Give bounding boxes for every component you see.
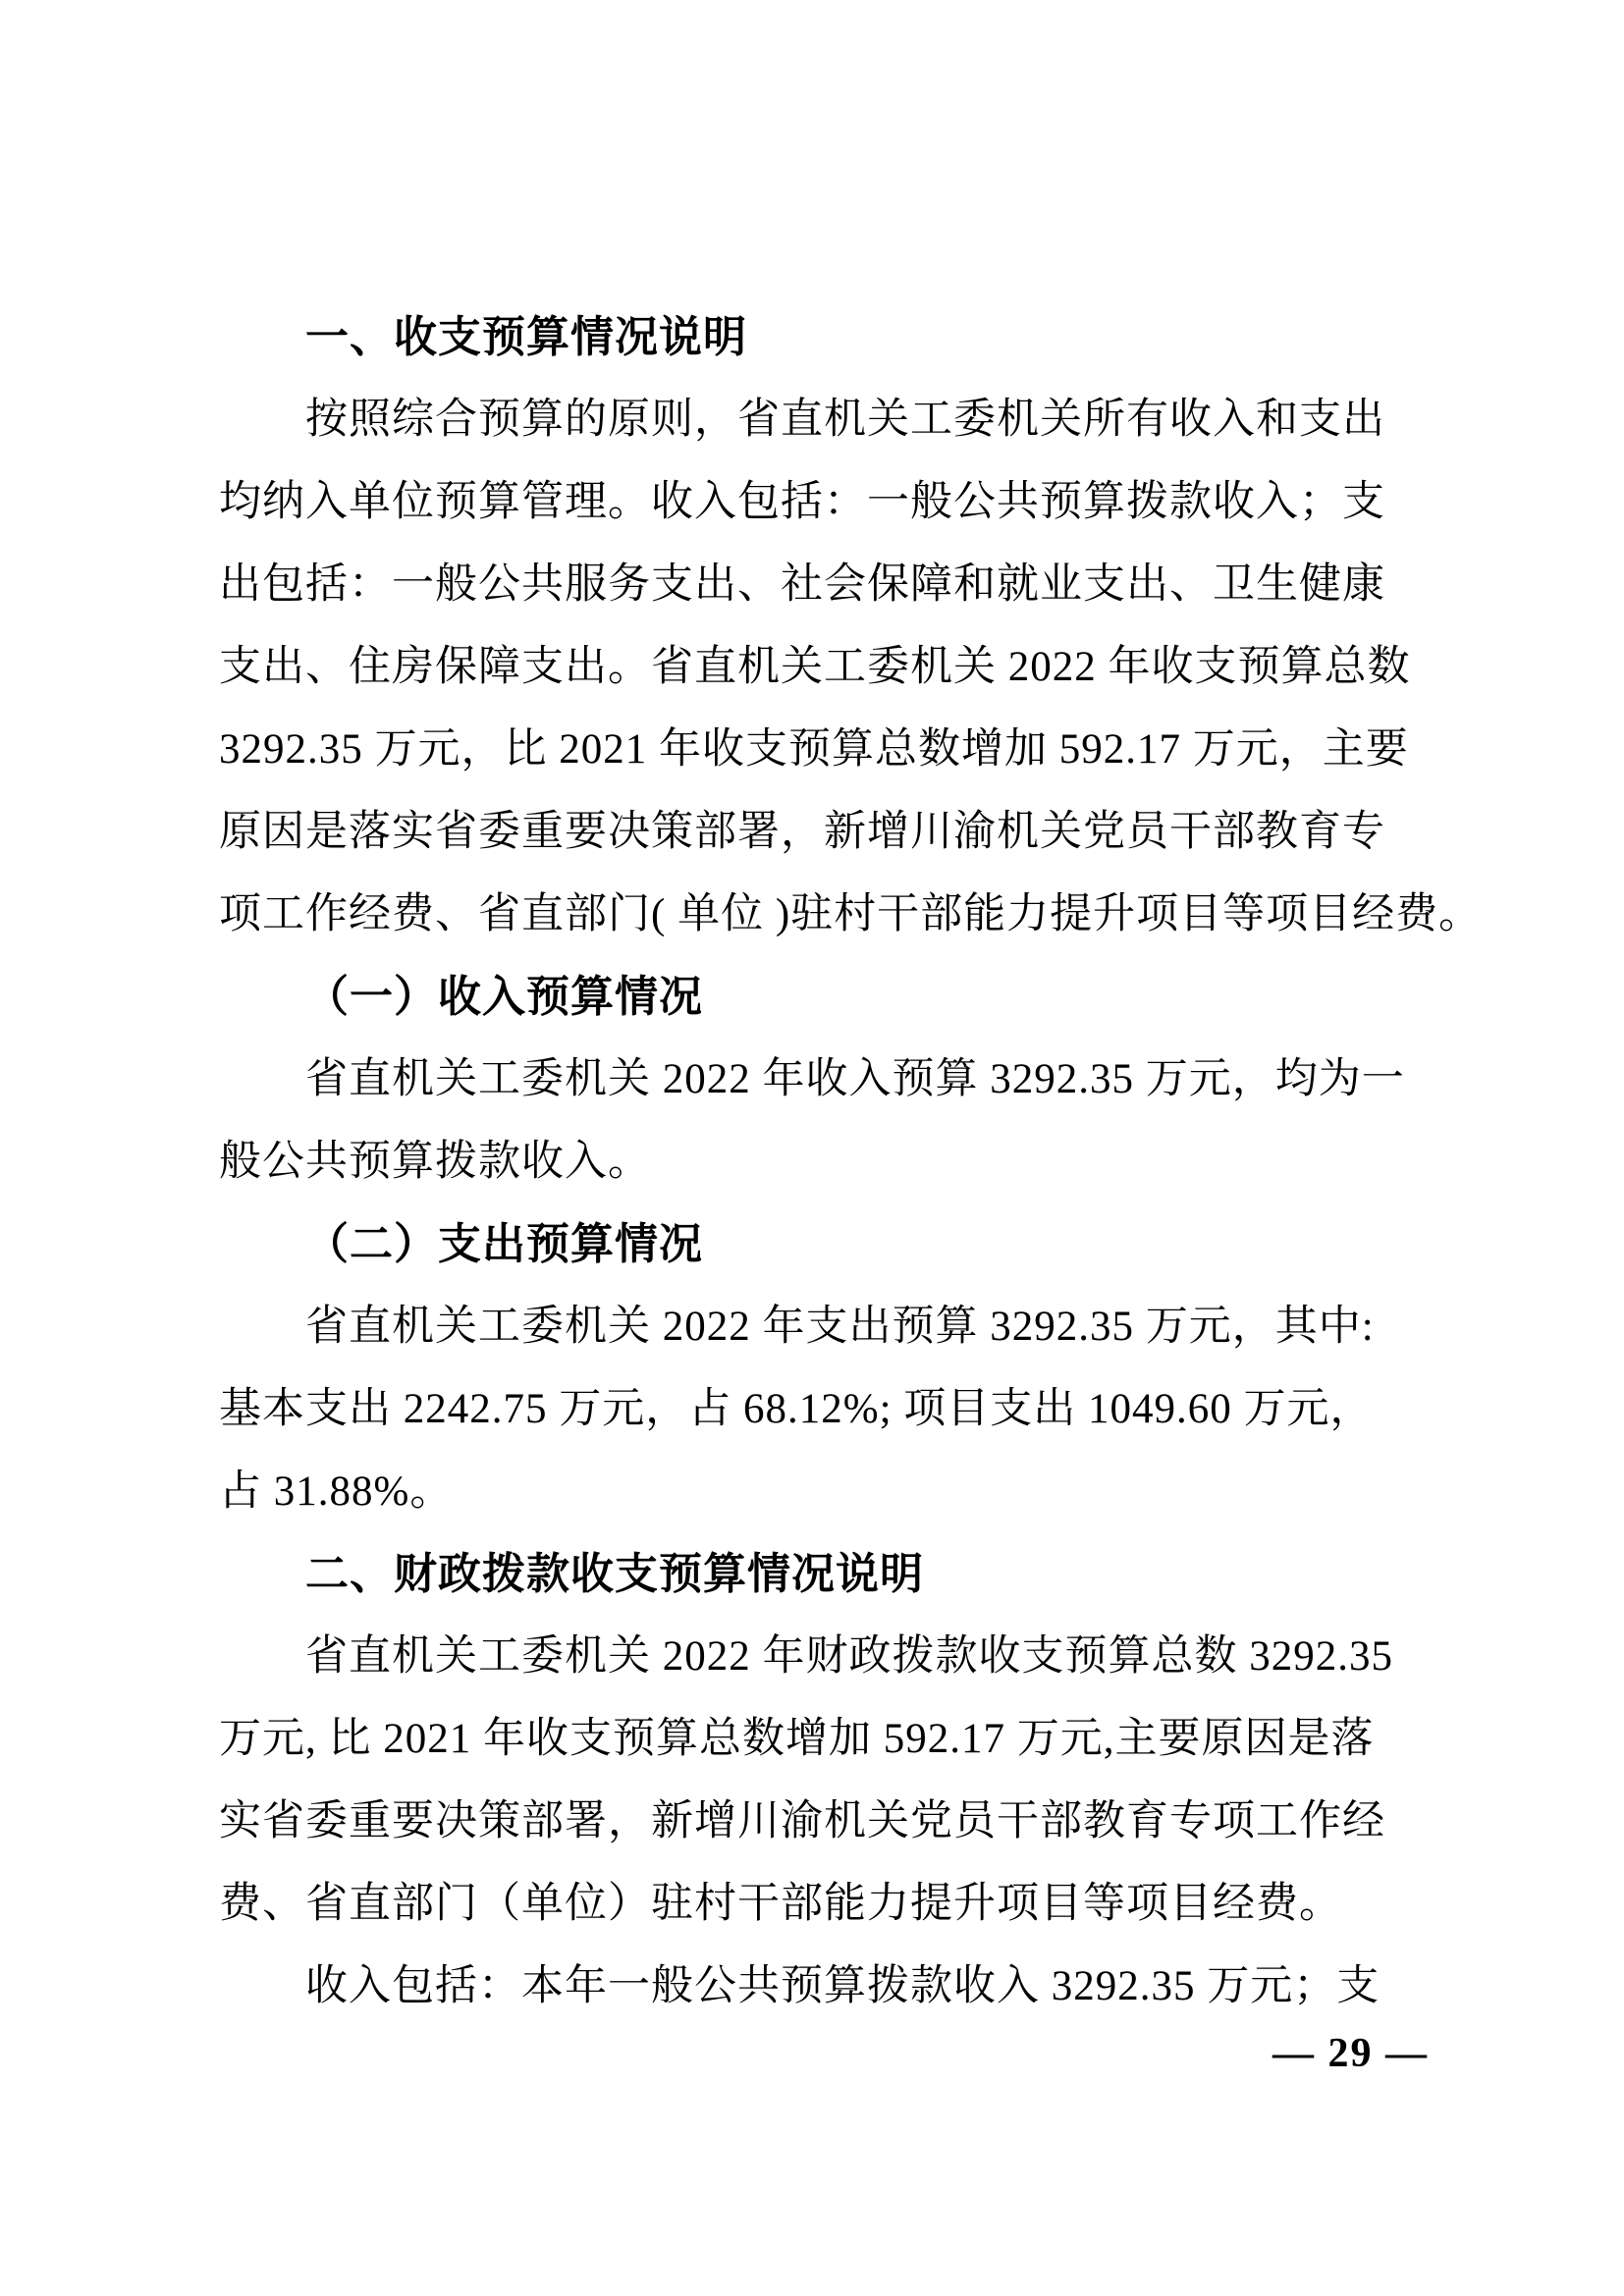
text-line: 支出、住房保障支出。省直机关工委机关 2022 年收支预算总数	[219, 626, 1407, 709]
text-line: 3292.35 万元，比 2021 年收支预算总数增加 592.17 万元，主要	[219, 709, 1407, 791]
section-heading-1-2: （二）支出预算情况	[219, 1203, 1407, 1286]
text-line: 般公共预算拨款收入。	[219, 1121, 1407, 1203]
text-line: 省直机关工委机关 2022 年支出预算 3292.35 万元，其中:	[219, 1286, 1407, 1368]
text-line: 均纳入单位预算管理。收入包括：一般公共预算拨款收入；支	[219, 461, 1407, 544]
text-line: 基本支出 2242.75 万元，占 68.12%; 项目支出 1049.60 万…	[219, 1368, 1407, 1451]
section-heading-1: 一、收支预算情况说明	[219, 296, 1407, 379]
document-body: 一、收支预算情况说明 按照综合预算的原则，省直机关工委机关所有收入和支出 均纳入…	[219, 296, 1407, 2028]
text-line: 收入包括：本年一般公共预算拨款收入 3292.35 万元；支	[219, 1946, 1407, 2028]
text-line: 出包括：一般公共服务支出、社会保障和就业支出、卫生健康	[219, 544, 1407, 626]
page-number: — 29 —	[1272, 2024, 1429, 2083]
text-line: 实省委重要决策部署，新增川渝机关党员干部教育专项工作经	[219, 1781, 1407, 1863]
text-line: 省直机关工委机关 2022 年收入预算 3292.35 万元，均为一	[219, 1039, 1407, 1121]
text-line: 费、省直部门（单位）驻村干部能力提升项目等项目经费。	[219, 1863, 1407, 1946]
text-line: 按照综合预算的原则，省直机关工委机关所有收入和支出	[219, 379, 1407, 461]
text-line: 占 31.88%。	[219, 1451, 1407, 1533]
section-heading-2: 二、财政拨款收支预算情况说明	[219, 1533, 1407, 1616]
text-line: 万元, 比 2021 年收支预算总数增加 592.17 万元,主要原因是落	[219, 1698, 1407, 1781]
document-page: 一、收支预算情况说明 按照综合预算的原则，省直机关工委机关所有收入和支出 均纳入…	[0, 0, 1624, 2296]
text-line: 省直机关工委机关 2022 年财政拨款收支预算总数 3292.35	[219, 1616, 1407, 1698]
section-heading-1-1: （一）收入预算情况	[219, 956, 1407, 1039]
text-line: 原因是落实省委重要决策部署，新增川渝机关党员干部教育专	[219, 791, 1407, 874]
text-line: 项工作经费、省直部门( 单位 )驻村干部能力提升项目等项目经费。	[219, 874, 1407, 956]
